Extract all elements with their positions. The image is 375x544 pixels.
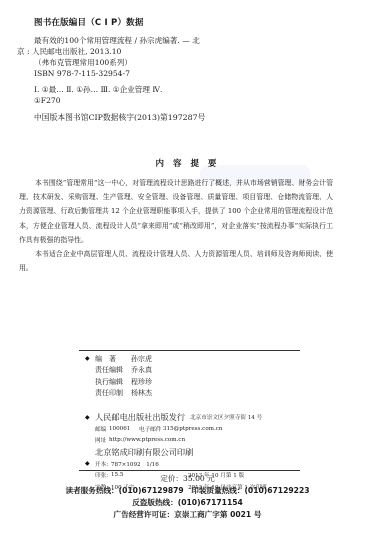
diamond-bullet-icon: ◆ bbox=[85, 460, 95, 467]
classification-line: Ⅰ. ①最… Ⅱ. ①孙… Ⅲ. ①企业管理 Ⅳ. bbox=[34, 84, 162, 95]
format-label: 开本: bbox=[95, 460, 111, 468]
website-link[interactable]: http://www.ptpress.com.cn bbox=[109, 437, 185, 443]
contact-row: 邮编 100061 电子邮件 315@ptpress.com.cn bbox=[85, 423, 267, 435]
cip-series-line: （弗布克管理常用100系列） bbox=[34, 57, 200, 68]
hotline-service-quality: 读者服务热线：(010)67129879 印装质量热线：(010)6712922… bbox=[0, 485, 375, 496]
website-label: 网址 bbox=[95, 436, 109, 444]
format-row: ◆ 开本: 787×1092 1/16 bbox=[85, 458, 267, 470]
staff-value: 程珍珍 bbox=[131, 377, 152, 387]
hotline-anti-piracy: 反盗版热线：(010)67171154 bbox=[0, 497, 375, 508]
staff-row: 责任印制 杨林杰 bbox=[85, 388, 152, 400]
diamond-bullet-icon: ◆ bbox=[85, 414, 95, 421]
staff-value: 乔永真 bbox=[131, 365, 152, 375]
website-row: 网址 http://www.ptpress.com.cn bbox=[85, 435, 267, 447]
staff-row: ◆ 编 著 孙宗虎 bbox=[85, 353, 152, 365]
staff-label: 责任印制 bbox=[95, 388, 131, 398]
postcode-value: 100061 bbox=[109, 426, 139, 432]
staff-label: 编 著 bbox=[95, 354, 131, 364]
staff-row: 责任编辑 乔永真 bbox=[85, 365, 152, 377]
divider-bottom bbox=[79, 470, 300, 471]
diamond-bullet-icon: ◆ bbox=[85, 355, 95, 362]
postcode-label: 邮编 bbox=[95, 425, 109, 433]
email-label: 电子邮件 bbox=[139, 425, 163, 433]
cip-publisher-line: 京 : 人民邮电出版社, 2013.10 bbox=[17, 46, 200, 57]
cip-number: 中国版本图书馆CIP数据核字(2013)第197287号 bbox=[34, 112, 205, 123]
cip-classification: Ⅰ. ①最… Ⅱ. ①孙… Ⅲ. ①企业管理 Ⅳ. ①F270 bbox=[34, 84, 162, 106]
cip-heading: 图书在版编目（C I P）数据 bbox=[34, 16, 144, 28]
printer-row: 北京铭成印刷有限公司印刷 bbox=[85, 446, 267, 458]
summary-paragraph: 本书围绕“管理常用”这一中心，对管理流程设计思路进行了概述，并从市场营销管理、财… bbox=[19, 176, 333, 247]
cip-isbn-line: ISBN 978-7-115-32954-7 bbox=[34, 68, 200, 79]
staff-value: 杨林杰 bbox=[131, 388, 152, 398]
publisher-address: 北京市崇文区夕照寺街 14 号 bbox=[190, 413, 262, 421]
classification-code: ①F270 bbox=[34, 95, 162, 106]
colophon-staff: ◆ 编 著 孙宗虎 责任编辑 乔永真 执行编辑 程珍珍 责任印制 杨林杰 bbox=[85, 353, 152, 399]
staff-label: 执行编辑 bbox=[95, 377, 131, 387]
advertising-license: 广告经营许可证：京崇工商广字第 0021 号 bbox=[0, 509, 375, 520]
staff-value: 孙宗虎 bbox=[131, 354, 152, 364]
staff-label: 责任编辑 bbox=[95, 365, 131, 375]
publisher-row: ◆ 人民邮电出版社出版发行 北京市崇文区夕照寺街 14 号 bbox=[85, 411, 267, 423]
divider-top bbox=[79, 350, 300, 351]
summary-body: 本书围绕“管理常用”这一中心，对管理流程设计思路进行了概述，并从市场营销管理、财… bbox=[19, 176, 333, 275]
price: 定价：35.00 元 bbox=[0, 473, 375, 484]
email-link[interactable]: 315@ptpress.com.cn bbox=[163, 426, 223, 432]
format-value: 787×1092 1/16 bbox=[111, 460, 159, 468]
cip-title-line: 最有效的100个常用管理流程 / 孙宗虎编著. — 北 bbox=[34, 35, 200, 46]
printer-name: 北京铭成印刷有限公司印刷 bbox=[95, 447, 193, 458]
cip-record: 最有效的100个常用管理流程 / 孙宗虎编著. — 北 京 : 人民邮电出版社,… bbox=[34, 35, 200, 79]
summary-title: 内 容 提 要 bbox=[0, 157, 375, 169]
summary-paragraph: 本书适合企业中高层管理人员、流程设计管理人员、人力资源管理人员、培训师及咨询师阅… bbox=[19, 247, 333, 275]
staff-row: 执行编辑 程珍珍 bbox=[85, 376, 152, 388]
publisher-name: 人民邮电出版社出版发行 bbox=[95, 412, 190, 423]
